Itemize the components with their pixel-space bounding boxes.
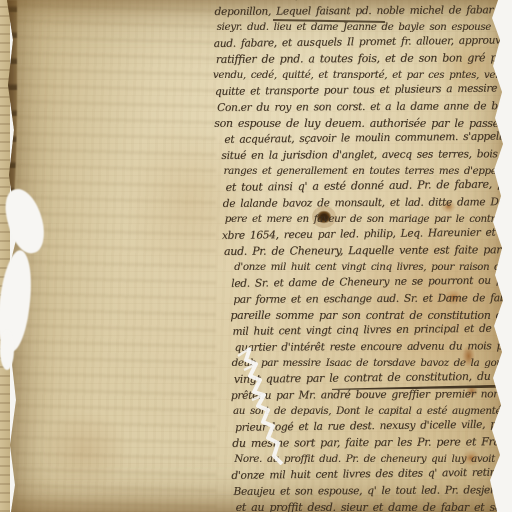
text-line: led. Sr. et dame de Cheneury ne se pourr… — [231, 272, 512, 291]
paper-tear — [0, 330, 14, 370]
text-line: Beaujeu et son espouse, q' le tout led. … — [233, 482, 512, 500]
text-line: de lalande bavoz de monsault, et lad. di… — [223, 194, 512, 212]
text-line: ratiffier de pnd. a toutes fois, et de s… — [216, 50, 511, 68]
text-line: Con.er du roy en son corst. et a la dame… — [217, 98, 511, 116]
underlying-leaf-edge — [0, 0, 10, 512]
text-line: et acquéraut, sçavoir le moulin communem… — [224, 128, 511, 148]
text-line: aud. Pr. de Cheneury, Laquelle vente est… — [224, 242, 512, 260]
show-through-text — [16, 0, 216, 512]
text-line: d'onze mil huit cent livres des dites q'… — [231, 464, 512, 483]
text-line: et au proffit desd. sieur et dame de fab… — [236, 500, 512, 512]
text-line: situé en la jurisdion d'anglet, avecq se… — [221, 146, 511, 164]
text-line: xbre 1654, receu par led. philip, Leq. H… — [222, 224, 512, 244]
text-line: quitte et transporte pour tous et plusie… — [215, 80, 511, 100]
text-line: aud. fabare, et ausquels Il promet fr. a… — [214, 32, 511, 52]
text-line: par forme et en eschange aud. Sr. et Dam… — [233, 290, 512, 308]
text-line: deponillon, Lequel faisant pd. noble mic… — [214, 2, 510, 20]
scratch-mark — [236, 340, 316, 465]
text-line: mil huit cent vingt cinq livres en princ… — [232, 320, 512, 339]
text-line: et tout ainsi q' a esté donné aud. Pr. d… — [226, 176, 512, 195]
manuscript-photo: et au sieur de fabar sondeponillon, Lequ… — [0, 0, 512, 512]
